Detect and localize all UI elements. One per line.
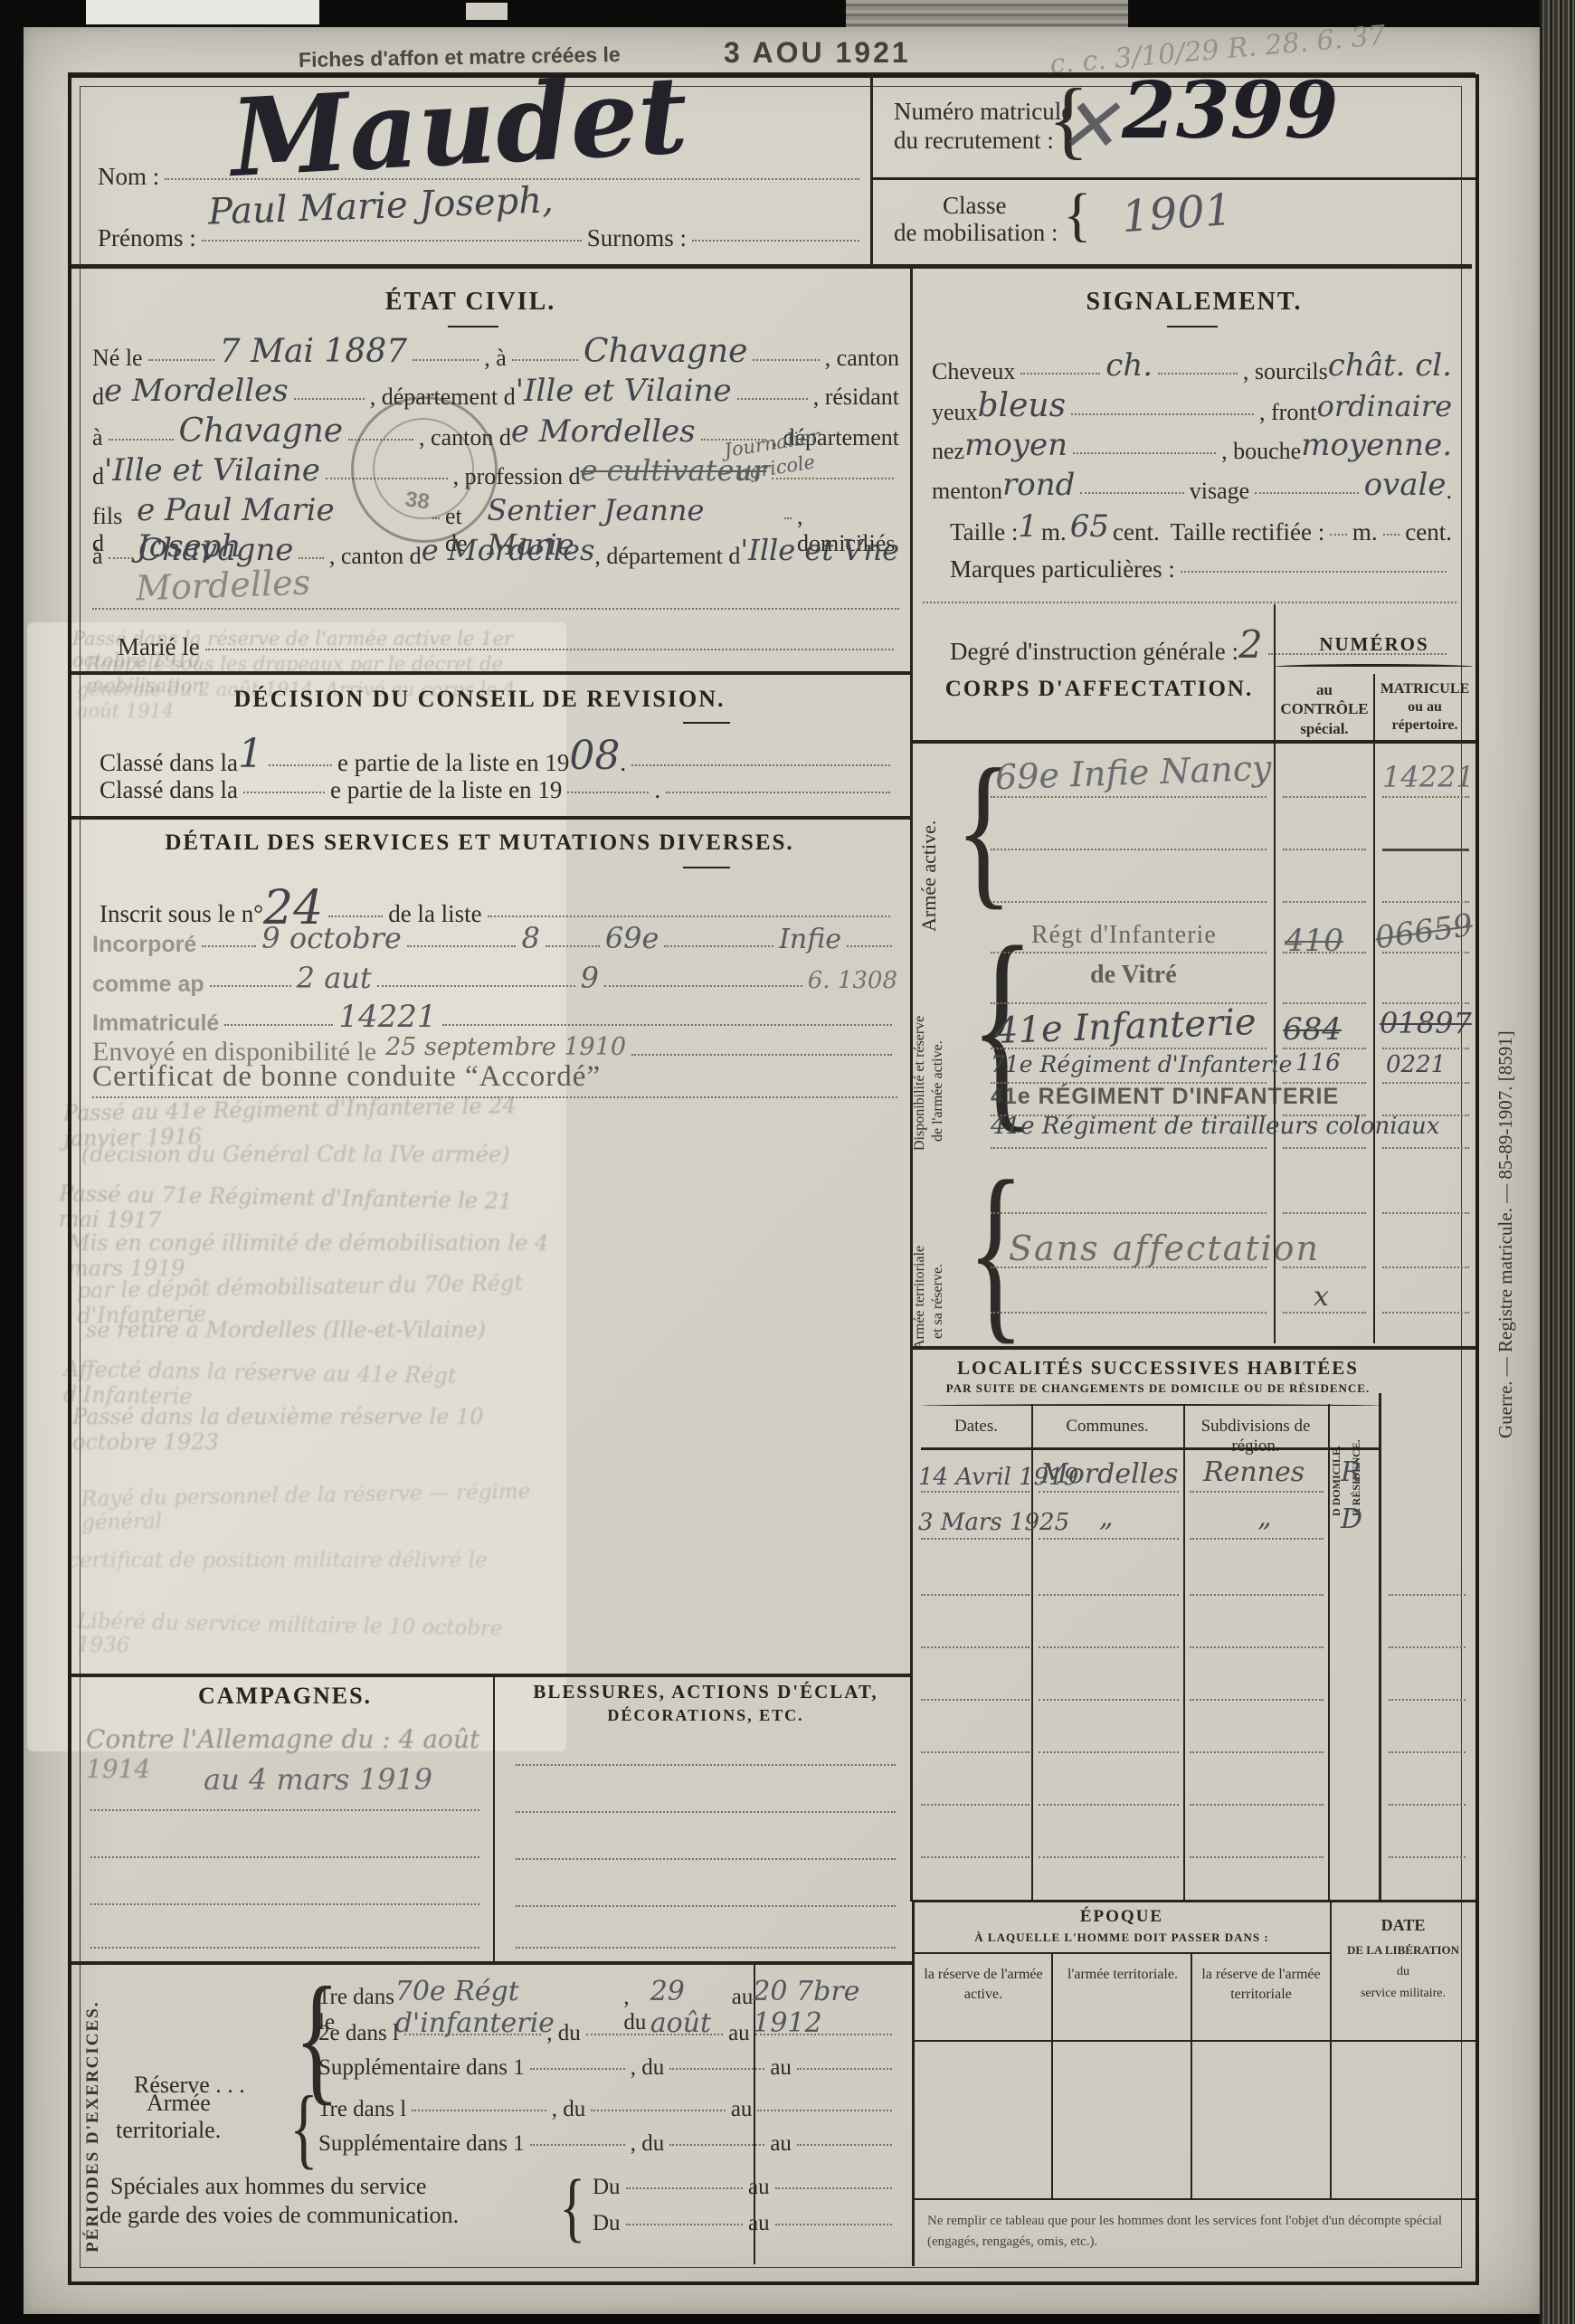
bonne-conduite-stamp: Certificat de bonne conduite “Accordé” <box>92 1060 601 1094</box>
etat-civil-title: ÉTAT CIVIL. <box>271 288 669 317</box>
dotted-fill <box>404 2032 541 2035</box>
label: e partie de la liste en 19 <box>330 776 562 804</box>
territoriale-row-1: 1re dans l , du au <box>318 2097 897 2122</box>
dotted-line <box>921 1699 1029 1701</box>
value: 65 <box>1070 508 1109 545</box>
dotted-line <box>921 1594 1029 1596</box>
dotted-fill <box>442 1022 892 1026</box>
label: d <box>92 384 104 411</box>
stamp-label: comme ap <box>92 972 204 998</box>
dotted-line <box>991 1212 1267 1214</box>
services-row-2: comme ap 2 aut 9 6. 1308 <box>92 964 897 999</box>
dotted-fill <box>1080 490 1183 494</box>
dotted-line <box>1389 1856 1466 1858</box>
blessures-title-1: BLESSURES, ACTIONS D'ÉCLAT, <box>507 1681 905 1703</box>
value: Chavagne <box>179 413 344 450</box>
label: à <box>92 424 103 451</box>
dotted-line <box>1389 1594 1466 1596</box>
speciales-row-2: Du au <box>593 2211 897 2236</box>
value: 25 septembre 1910 <box>385 1033 626 1061</box>
label: , du <box>546 2021 581 2046</box>
struck-ctrl: 684 <box>1283 1011 1342 1048</box>
dotted-line <box>923 602 1456 603</box>
label: au <box>748 2175 770 2200</box>
dotted-line <box>921 1856 1029 1858</box>
label: , à <box>484 345 507 372</box>
dotted-line <box>1389 1804 1466 1806</box>
dotted-fill <box>1181 569 1447 573</box>
label: Du <box>593 2211 621 2236</box>
value: e Mordelles <box>511 413 696 450</box>
label: au <box>732 1985 754 2010</box>
epoque-bottom-rule <box>914 2198 1475 2200</box>
dotted-fill <box>669 2066 764 2070</box>
label: visage <box>1190 478 1249 505</box>
title-underline <box>1167 326 1218 327</box>
book-fore-edge <box>1540 0 1575 2324</box>
matricule-label-2: du recrutement : <box>894 127 1054 155</box>
epoque-col-3: la réserve de l'armée territoriale <box>1198 1965 1324 2006</box>
localites-vline-3 <box>1328 1404 1330 1900</box>
value: 7 Mai 1887 <box>220 333 407 370</box>
label: Taille rectifiée : <box>1171 518 1325 546</box>
col-dates: Dates. <box>921 1417 1031 1437</box>
campagnes-title: CAMPAGNES. <box>136 1683 434 1710</box>
value: Chavagne <box>138 532 293 568</box>
epoque-date-divider <box>1330 1900 1332 2198</box>
nom-label: Nom : <box>98 163 159 191</box>
dotted-fill <box>847 944 892 947</box>
date-liberation-2: DE LA LIBÉRATION <box>1337 1943 1469 1958</box>
label: m. <box>1352 518 1378 546</box>
corps-vline-2 <box>1373 674 1375 1343</box>
speciales-label-1: Spéciales aux hommes du service <box>110 2173 426 2200</box>
dotted-line <box>1382 901 1469 903</box>
epoque-col-line-1 <box>1051 1952 1053 2198</box>
title-underline <box>683 867 730 868</box>
dotted-fill <box>626 2186 743 2189</box>
matricule-x-mark: ✕ <box>1057 83 1119 169</box>
dotted-fill <box>512 357 578 361</box>
dotted-line <box>921 1751 1029 1753</box>
struck-matricule: 01897 <box>1380 1006 1472 1040</box>
label: au <box>770 2055 792 2081</box>
dotted-line <box>1039 1856 1179 1858</box>
date-liberation-3: du <box>1337 1965 1469 1979</box>
nez-line: nez moyen , bouche moyenne. <box>932 431 1452 467</box>
value: ordinaire <box>1317 389 1452 423</box>
dotted-fill <box>1158 371 1238 375</box>
classe-label-1: Classe <box>943 192 1007 220</box>
section-rule <box>71 264 1472 269</box>
dotted-line <box>1389 1699 1466 1701</box>
dotted-line <box>991 849 1267 850</box>
value: ovale <box>1364 467 1447 503</box>
localites-row-date: 3 Mars 1925 <box>918 1509 1069 1536</box>
epoque-subtitle: À LAQUELLE L'HOMME DOIT PASSER DANS : <box>923 1930 1321 1945</box>
dotted-fill <box>567 790 649 793</box>
label: , département d <box>594 543 740 570</box>
dotted-fill <box>165 176 859 180</box>
top-left-label <box>86 0 319 24</box>
dotted-line <box>1190 1538 1324 1540</box>
blessures-title-2: DÉCORATIONS, ETC. <box>507 1706 905 1725</box>
date-liberation-4: service militaire. <box>1337 1987 1469 2001</box>
value: rond <box>1002 467 1075 503</box>
localites-row-commune: „ <box>1099 1502 1114 1533</box>
dotted-fill <box>109 437 174 441</box>
territoriale-row-2: Supplémentaire dans 1 , du au <box>318 2131 897 2157</box>
classe-label-2: de mobilisation : <box>894 219 1058 247</box>
prenoms-label: Prénoms : <box>98 224 196 252</box>
epoque-col-2: l'armée territoriale. <box>1060 1965 1185 1985</box>
value: ch. <box>1105 347 1153 384</box>
dotted-line <box>90 1809 479 1811</box>
dotted-line <box>1382 1082 1469 1084</box>
value: 1 <box>238 731 263 777</box>
dotted-fill <box>1071 412 1254 415</box>
value: 1 <box>1018 508 1038 545</box>
label: au <box>770 2131 792 2157</box>
matricule-label-1: Numéro matricule <box>894 98 1072 126</box>
label: Marques particulières : <box>950 555 1175 583</box>
dotted-line <box>991 952 1267 953</box>
dotted-line <box>1190 1804 1324 1806</box>
dotted-fill <box>692 238 859 242</box>
dotted-line <box>516 1811 896 1813</box>
territoriale-label-1: Armée <box>147 2090 211 2117</box>
side-territoriale: Armée territoriale <box>912 1160 928 1350</box>
dotted-fill <box>377 983 575 987</box>
section-rule <box>71 671 912 675</box>
epoque-col-1: la réserve de l'armée active. <box>921 1965 1046 2006</box>
value: 'Ille et Vne <box>740 533 899 567</box>
label: , front <box>1259 399 1317 426</box>
localites-row-subdiv: „ <box>1257 1502 1272 1533</box>
section-rule <box>71 1674 912 1677</box>
dotted-fill <box>737 396 808 400</box>
dotted-fill <box>775 2222 892 2225</box>
value: 9 <box>581 961 599 995</box>
x-mark: x <box>1314 1281 1329 1313</box>
section-rule <box>71 1961 912 1965</box>
controle-col-header: au CONTRÔLE spécial. <box>1277 680 1371 738</box>
label: yeux <box>932 399 978 426</box>
label: Classé dans la <box>100 776 238 804</box>
reserve-row-3: Supplémentaire dans 1 , du au <box>318 2055 897 2081</box>
label: Classé dans la <box>100 749 238 777</box>
dotted-line <box>1039 1699 1179 1701</box>
dotted-line <box>1382 796 1469 798</box>
dotted-fill <box>1255 490 1358 494</box>
label: Né le <box>92 345 143 372</box>
label: à <box>92 543 103 570</box>
label: 1re dans l <box>318 2097 406 2122</box>
value: 14221 <box>338 999 436 1035</box>
label: au <box>731 2097 753 2122</box>
menton-line: menton rond visage ovale . <box>932 470 1452 507</box>
dotted-line <box>1283 1212 1366 1214</box>
value: Infie <box>779 924 841 955</box>
label: cent. <box>1405 518 1452 546</box>
label: Supplémentaire dans 1 <box>318 2131 525 2157</box>
label: d <box>92 463 104 490</box>
struck-ctrl: 410 <box>1285 923 1343 959</box>
localites-vline-4 <box>1379 1393 1381 1900</box>
value: e Mordelles <box>104 373 289 409</box>
value: moyenne. <box>1301 427 1452 463</box>
dotted-line <box>90 1903 479 1905</box>
dotted-line <box>1190 1699 1324 1701</box>
epoque-footnote: Ne remplir ce tableau que pour les homme… <box>927 2211 1461 2252</box>
regt-vitre-stamp-2: de Vitré <box>1090 961 1177 990</box>
dotted-fill <box>224 1022 333 1026</box>
decision-title: DÉCISION DU CONSEIL DE REVISION. <box>163 686 796 713</box>
dotted-fill <box>604 983 802 987</box>
label: , canton <box>825 345 899 372</box>
value: chât. cl. <box>1328 347 1452 384</box>
dotted-fill <box>109 555 133 559</box>
dotted-fill <box>488 914 890 917</box>
dotted-line <box>1389 1751 1466 1753</box>
localites-title: LOCALITÉS SUCCESSIVES HABITÉES <box>923 1357 1393 1380</box>
dotted-fill <box>586 2032 723 2035</box>
value: bleus <box>978 387 1067 424</box>
side-disponibilite: Disponibilité et réserve <box>912 915 928 1151</box>
corps-title: CORPS D'AFFECTATION. <box>932 677 1267 702</box>
speciales-brace: { <box>559 2167 585 2245</box>
stamp-label: Incorporé <box>92 932 196 958</box>
numeros-brace-line <box>1276 664 1473 667</box>
date-liberation-1: DATE <box>1337 1916 1469 1935</box>
services-row-1: Incorporé 9 octobre 8 69e Infie <box>92 925 897 959</box>
margin-imprint: Guerre. — Registre matricule. — 85-89-19… <box>1494 932 1517 1438</box>
registre-matricule-page: Passé dans la réserve de l'armée active … <box>0 0 1575 2324</box>
date-stamp: 3 AOU 1921 <box>724 36 911 70</box>
corps-row-matricule: 0221 <box>1386 1051 1446 1078</box>
label: , sourcils <box>1243 358 1328 385</box>
dotted-fill <box>413 357 479 361</box>
header-hline <box>870 177 1475 180</box>
localites-row-subdiv: Rennes <box>1203 1456 1305 1488</box>
value: 2 <box>1238 622 1263 667</box>
dotted-fill <box>666 790 890 793</box>
label: nez <box>932 438 964 465</box>
label: , du <box>631 2131 665 2157</box>
localites-row-dr: D <box>1341 1503 1362 1535</box>
etat-civil-line-1: Né le 7 Mai 1887 , à Chavagne , canton <box>92 337 899 374</box>
dotted-line <box>921 1646 1029 1648</box>
label: , du <box>631 2055 665 2081</box>
postal-stamp-digits: 38 <box>403 487 431 515</box>
dotted-fill <box>202 238 582 242</box>
dotted-fill <box>755 2032 892 2035</box>
value: 8 <box>521 921 539 955</box>
dotted-line <box>1039 1646 1179 1648</box>
dotted-fill <box>1330 532 1347 536</box>
dotted-fill <box>664 944 773 947</box>
dotted-line <box>991 1147 1267 1149</box>
marques-line: Marques particulières : <box>950 555 1452 583</box>
dotted-line <box>516 1858 896 1860</box>
value: 'Ille et Vilaine <box>104 452 320 489</box>
dotted-line <box>1382 1266 1469 1268</box>
speciales-row-1: Du au <box>593 2175 897 2200</box>
dotted-line <box>1039 1594 1179 1596</box>
label: menton <box>932 478 1002 505</box>
dotted-line <box>1382 1048 1469 1049</box>
epoque-body-rule <box>914 2040 1475 2042</box>
surnoms-label: Surnoms : <box>587 224 687 252</box>
localites-row-dr: R <box>1341 1456 1362 1488</box>
dotted-line <box>1190 1856 1324 1858</box>
dotted-line <box>921 1491 1029 1493</box>
dotted-line <box>1190 1751 1324 1753</box>
dotted-line <box>90 1856 479 1858</box>
classe-value: 1901 <box>1120 185 1234 242</box>
reserve-row-2: 2e dans l , du au <box>318 2021 897 2046</box>
prenoms-line: Prénoms : Surnoms : <box>98 224 865 252</box>
etat-civil-line-2: d e Mordelles , département d 'Ille et V… <box>92 376 899 413</box>
dotted-line <box>1190 1646 1324 1648</box>
label: , résidant <box>813 384 899 411</box>
dotted-line <box>1382 1212 1469 1214</box>
dotted-line <box>516 1947 896 1949</box>
label: 2e dans l <box>318 2021 399 2046</box>
dotted-fill <box>775 2186 892 2189</box>
label: , bouche <box>1221 438 1301 465</box>
dotted-fill <box>243 790 325 793</box>
dotted-fill <box>1383 532 1400 536</box>
cheveux-line: Cheveux ch. , sourcils chât. cl. <box>932 351 1452 387</box>
value: 9 octobre <box>261 921 402 955</box>
localites-subtitle: PAR SUITE DE CHANGEMENTS DE DOMICILE OU … <box>923 1381 1393 1396</box>
value: 08 <box>569 733 620 779</box>
top-small-tab <box>466 3 508 20</box>
dotted-line <box>1039 1491 1179 1493</box>
corps-row-matricule: 14221 <box>1382 760 1475 794</box>
section-rule <box>71 816 912 820</box>
dotted-line <box>1283 901 1366 903</box>
dotted-line <box>1382 1002 1469 1004</box>
dotted-line <box>1039 1804 1179 1806</box>
regt-vitre-stamp-1: Régt d'Infanterie <box>1031 921 1217 950</box>
dotted-fill <box>407 944 517 947</box>
label: . <box>620 749 626 777</box>
value: 6. 1308 <box>808 967 897 994</box>
corps-row-value: 71e Régiment d'Infanterie <box>991 1051 1292 1077</box>
dotted-line <box>991 796 1267 798</box>
dotted-fill <box>626 2222 743 2225</box>
yeux-line: yeux bleus , front ordinaire <box>932 391 1452 428</box>
dotted-fill <box>202 944 256 947</box>
dotted-fill <box>669 2142 764 2146</box>
dotted-line <box>1283 849 1366 850</box>
marie-line: Marié le <box>118 633 899 661</box>
epoque-title: ÉPOQUE <box>932 1907 1312 1927</box>
services-title: DÉTAIL DES SERVICES ET MUTATIONS DIVERSE… <box>127 830 832 856</box>
label: Supplémentaire dans 1 <box>318 2055 525 2081</box>
corps-row-ctrl: 116 <box>1295 1049 1341 1077</box>
dotted-fill <box>205 647 894 650</box>
epoque-left-line <box>912 1900 915 2266</box>
dotted-line <box>1190 1594 1324 1596</box>
dotted-line <box>991 901 1267 903</box>
localites-row-commune: Mordelles <box>1040 1458 1178 1490</box>
dotted-fill <box>591 2108 726 2111</box>
matricule-col-header: MATRICULE ou au répertoire. <box>1377 680 1473 735</box>
dotted-fill <box>631 1052 892 1056</box>
dotted-fill <box>412 2108 546 2111</box>
label: , du <box>552 2097 586 2122</box>
decision-line-2: Classé dans la e partie de la liste en 1… <box>100 776 896 804</box>
dotted-fill <box>530 2066 625 2070</box>
localites-vline-2 <box>1183 1404 1185 1900</box>
dotted-line <box>1039 1538 1179 1540</box>
dotted-fill <box>148 357 214 361</box>
label: Degré d'instruction générale : <box>950 638 1238 666</box>
matricule-value: 2399 <box>1122 65 1338 157</box>
signalement-title: SIGNALEMENT. <box>1040 288 1348 317</box>
dotted-line <box>1382 1312 1469 1314</box>
dotted-fill <box>546 944 600 947</box>
dotted-line <box>516 1905 896 1907</box>
dotted-fill <box>784 516 792 519</box>
dotted-fill <box>757 2108 892 2111</box>
dotted-line <box>1190 1491 1324 1493</box>
dotted-line <box>991 1312 1267 1314</box>
label: cent. <box>1113 518 1160 546</box>
title-underline <box>683 722 730 724</box>
col-communes: Communes. <box>1031 1417 1183 1437</box>
stamp-label: Immatriculé <box>92 1010 219 1037</box>
section-rule <box>912 1346 1475 1350</box>
campagnes-entry-2: au 4 mars 1919 <box>204 1762 432 1797</box>
dotted-line <box>921 1538 1029 1540</box>
label: e partie de la liste en 19 <box>337 749 569 777</box>
dotted-fill <box>269 763 332 766</box>
value: 69e <box>605 921 659 955</box>
dotted-line <box>1283 796 1366 798</box>
col-subdivisions: Subdivisions de région. <box>1183 1417 1328 1456</box>
label: . <box>654 776 660 804</box>
row-line <box>1382 849 1469 851</box>
dotted-fill <box>299 555 323 559</box>
dotted-line <box>92 1096 897 1098</box>
value: Chavagne <box>584 333 748 370</box>
epoque-top-rule <box>912 1900 1475 1902</box>
dotted-line <box>516 1764 896 1766</box>
epoque-col-line-2 <box>1191 1952 1192 2198</box>
dotted-fill <box>328 914 383 917</box>
dotted-line <box>1039 1751 1179 1753</box>
dotted-fill <box>797 2066 892 2070</box>
label: . <box>1447 478 1453 505</box>
dotted-fill <box>530 2142 625 2146</box>
regt-infanterie-stamp: 41e RÉGIMENT D'INFANTERIE <box>991 1084 1339 1110</box>
label: , canton d <box>329 543 422 570</box>
dotted-fill <box>753 357 819 361</box>
taille-line: Taille : 1 m. 65 cent. Taille rectifiée … <box>950 512 1452 548</box>
dotted-line <box>1283 1147 1366 1149</box>
dotted-fill <box>294 396 365 400</box>
label: Du <box>593 2175 621 2200</box>
label: au <box>748 2211 770 2236</box>
dotted-fill <box>797 2142 892 2146</box>
dotted-line <box>921 1804 1029 1806</box>
label: Taille : <box>950 518 1018 546</box>
speciales-label-2: de garde des voies de communication. <box>100 2202 459 2229</box>
